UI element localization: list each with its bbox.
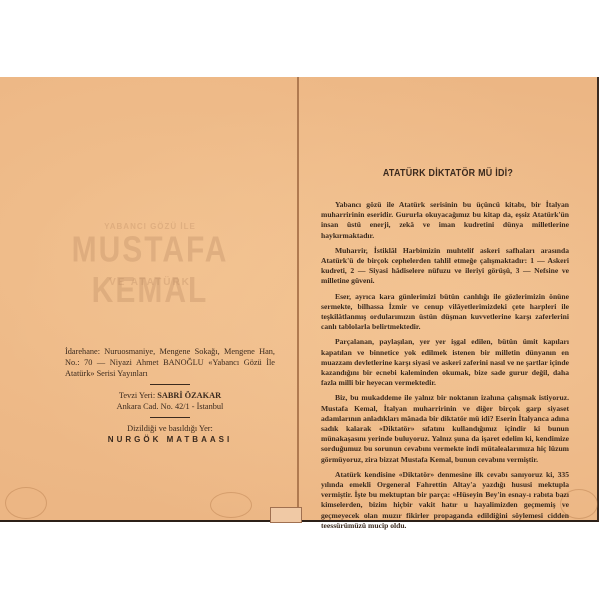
distributor-address: Ankara Cad. No. 42/1 - İstanbul (65, 401, 275, 412)
printer-label: Dizildiği ve basıldığı Yer: (65, 423, 275, 434)
paragraph: Atatürk kendisine «Diktatör» denmesine i… (321, 470, 569, 531)
left-page: YABANCI GÖZÜ İLE MUSTAFA KEMAL VE ATATÜR… (0, 77, 297, 520)
paragraph: Parçalanan, paylaşılan, yer yer işgal ed… (321, 337, 569, 388)
paragraph: Yabancı gözü ile Atatürk serisinin bu üç… (321, 200, 569, 241)
chapter-title: ATATÜRK DİKTATÖR MÜ İDİ? (321, 167, 574, 179)
paragraph: Muharrir, İstiklâl Harbimizin muhtelif a… (321, 246, 569, 287)
distribution-label: Tevzi Yeri: (119, 391, 155, 400)
publisher-address: İdarehane: Nuruosmaniye, Mengene Sokağı,… (65, 346, 275, 379)
ghost-print-subtitle: VE ATATÜRK (40, 277, 260, 288)
distributor-name: SABRİ ÖZAKAR (157, 391, 221, 400)
paragraph: Eser, ayrıca kara günlerimizi bütün canl… (321, 292, 569, 333)
distribution-line: Tevzi Yeri: SABRİ ÖZAKAR (65, 390, 275, 401)
paragraph: Biz, bu mukaddeme ile yalnız bir noktanı… (321, 393, 569, 464)
torn-paper-patch (270, 507, 302, 523)
open-book: YABANCI GÖZÜ İLE MUSTAFA KEMAL VE ATATÜR… (0, 77, 599, 522)
printer-name: NURGÖK MATBAASI (65, 434, 275, 445)
body-text: Yabancı gözü ile Atatürk serisinin bu üç… (321, 200, 569, 536)
ghost-print-title: MUSTAFA KEMAL (40, 230, 260, 312)
divider (150, 417, 190, 418)
divider (150, 384, 190, 385)
right-page: ATATÜRK DİKTATÖR MÜ İDİ? Yabancı gözü il… (299, 77, 597, 520)
imprint-block: İdarehane: Nuruosmaniye, Mengene Sokağı,… (65, 346, 275, 445)
